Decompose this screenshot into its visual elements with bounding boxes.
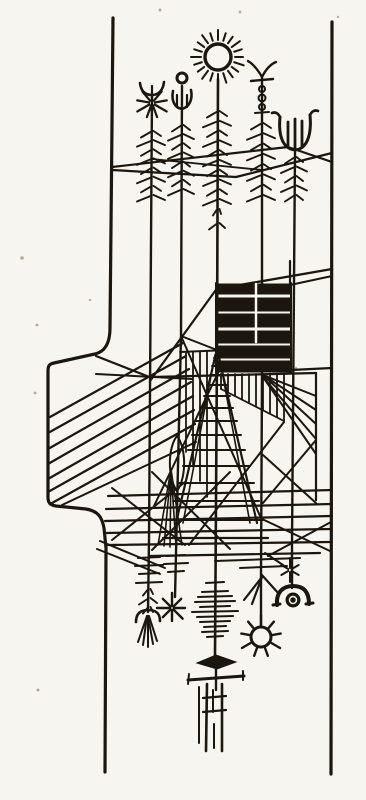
hanging-plants <box>135 555 313 656</box>
top-fir-branches <box>137 111 307 230</box>
top-plant-heads <box>137 30 318 150</box>
artwork-canvas <box>0 0 366 800</box>
bottom-figure <box>188 655 244 751</box>
striped-block <box>216 261 332 373</box>
artwork-page <box>0 0 366 800</box>
